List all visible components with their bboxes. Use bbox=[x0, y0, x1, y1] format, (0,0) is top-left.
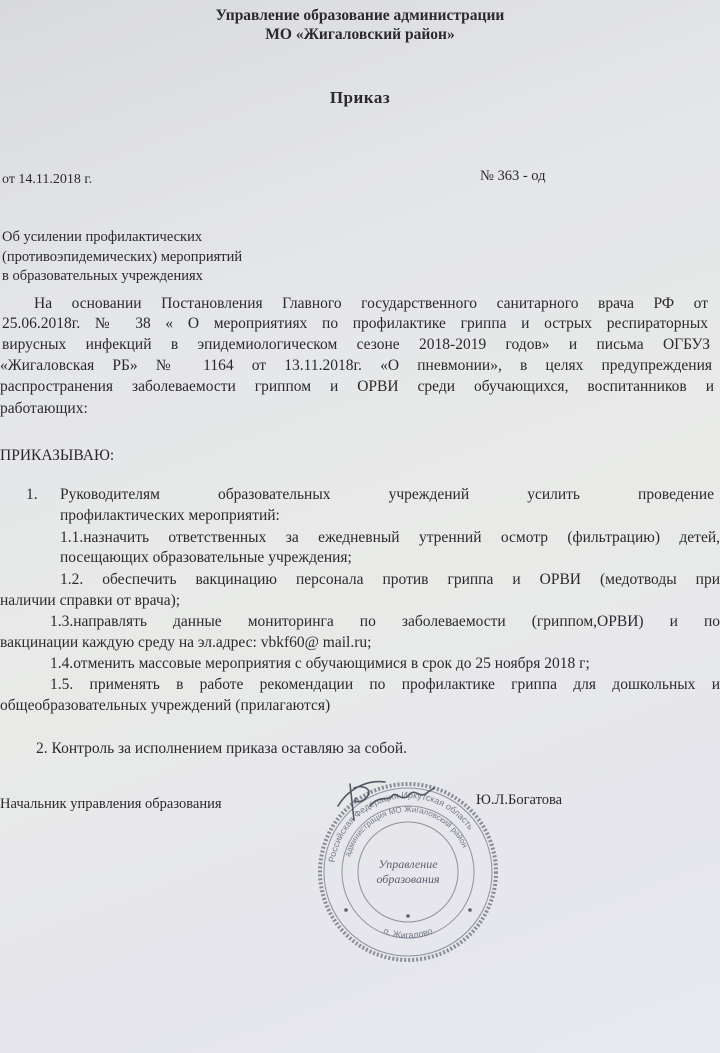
item-1-5-line-1: 1.5. применять в работе рекомендации по … bbox=[50, 675, 720, 695]
handwritten-signature-icon bbox=[330, 776, 470, 826]
item-2: 2. Контроль за исполнением приказа остав… bbox=[36, 739, 407, 759]
basis-line-3: вирусных инфекций в эпидемиологическом с… bbox=[2, 335, 710, 355]
stamp-bottom-text: п. Жигалово bbox=[382, 926, 434, 941]
svg-text:п. Жигалово: п. Жигалово bbox=[382, 926, 434, 941]
subject-line-2: (противоэпидемических) мероприятий bbox=[2, 247, 242, 267]
document-page: Управление образование администрации МО … bbox=[0, 0, 720, 1053]
stamp-center-line2: образования bbox=[376, 872, 439, 886]
order-number: № 363 - од bbox=[480, 166, 546, 186]
org-header-line2: МО «Жигаловский район» bbox=[0, 25, 720, 45]
basis-line-2: 25.06.2018г. № 38 « О мероприятиях по пр… bbox=[2, 314, 708, 334]
item-1-2-line-2: наличии справки от врача); bbox=[0, 591, 180, 611]
org-header-line1: Управление образование администрации bbox=[0, 6, 720, 26]
item-1-2-line-1: 1.2. обеспечить вакцинацию персонала про… bbox=[60, 570, 720, 590]
item-1-1-line-2: посещающих образовательные учреждения; bbox=[60, 548, 352, 568]
item-1-number: 1. bbox=[26, 485, 38, 505]
item-1-3-line-1: 1.3.направлять данные мониторинга по заб… bbox=[50, 612, 720, 632]
signer-position: Начальник управления образования bbox=[0, 794, 222, 814]
item-1-line-2: профилактических мероприятий: bbox=[60, 506, 280, 526]
order-word: ПРИКАЗЫВАЮ: bbox=[0, 446, 114, 466]
basis-line-5: распространения заболеваемости гриппом и… bbox=[0, 377, 714, 397]
subject-line-1: Об усилении профилактических bbox=[2, 227, 202, 247]
item-1-1-line-1: 1.1.назначить ответственных за ежедневны… bbox=[60, 528, 720, 548]
order-date: от 14.11.2018 г. bbox=[2, 170, 92, 190]
stamp-center-line1: Управление bbox=[378, 857, 438, 871]
item-1-5-line-2: общеобразовательных учреждений (прилагаю… bbox=[0, 696, 330, 716]
item-1-4: 1.4.отменить массовые мероприятия с обуч… bbox=[50, 654, 590, 674]
document-title: Приказ bbox=[0, 88, 720, 108]
basis-line-6: работающих: bbox=[0, 399, 88, 419]
basis-line-1: На основании Постановления Главного госу… bbox=[34, 294, 708, 314]
item-1-line-1: Руководителям образовательных учреждений… bbox=[60, 485, 714, 505]
basis-line-4: «Жигаловская РБ» № 1164 от 13.11.2018г. … bbox=[0, 356, 712, 376]
item-1-3-line-2: вакцинации каждую среду на эл.адрес: vbk… bbox=[0, 633, 371, 653]
subject-line-3: в образовательных учреждениях bbox=[2, 266, 203, 286]
